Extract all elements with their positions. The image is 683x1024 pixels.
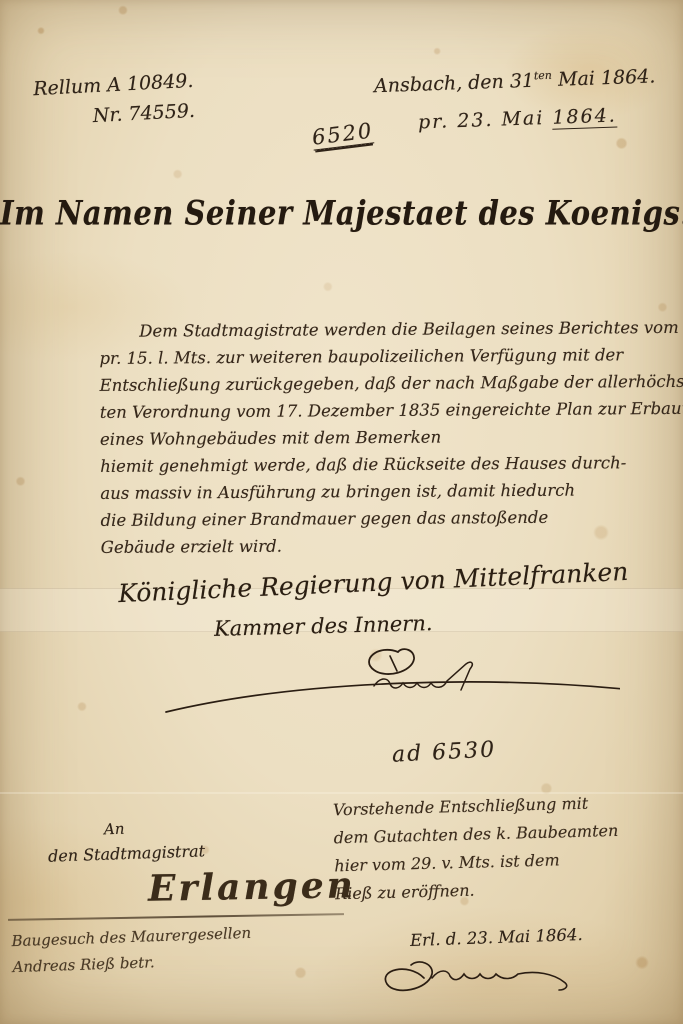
body-line: eines Wohngebäudes mit dem Bemerken bbox=[100, 422, 648, 453]
body-line: Entschließung zurückgegeben, daß der nac… bbox=[100, 368, 648, 399]
dateline-day-suffix: ten bbox=[534, 69, 552, 83]
body-line: pr. 15. l. Mts. zur weiteren baupolizeil… bbox=[99, 341, 647, 372]
registry-line-2: Nr. 74559. bbox=[92, 96, 196, 131]
dateline-place: Ansbach, den bbox=[374, 71, 505, 98]
dateline-month-year: Mai 1864. bbox=[558, 65, 656, 90]
body-line: hiemit genehmigt werde, daß die Rückseit… bbox=[100, 449, 648, 480]
address-city: Erlangen bbox=[148, 864, 357, 910]
received-date: pr. 23. Mai 1864. bbox=[418, 105, 617, 134]
body-line: Dem Stadtmagistrate werden die Beilagen … bbox=[99, 314, 647, 345]
official-signature-flourish bbox=[150, 642, 620, 726]
issuing-chamber: Kammer des Innern. bbox=[214, 611, 433, 641]
subject-note: Baugesuch des Maurergesellen Andreas Rie… bbox=[11, 920, 252, 980]
clerk-signature-flourish bbox=[366, 946, 606, 1008]
address-recipient: den Stadtmagistrat bbox=[48, 841, 206, 865]
body-line: die Bildung einer Brandmauer gegen das a… bbox=[100, 503, 648, 534]
document-page: Rellum A 10849. Nr. 74559. Ansbach, den … bbox=[0, 0, 683, 1024]
body-line: ten Verordnung vom 17. Dezember 1835 ein… bbox=[100, 395, 648, 426]
issuing-authority: Königliche Regierung von Mittelfranken bbox=[118, 557, 629, 608]
received-year: 1864. bbox=[552, 105, 617, 130]
docket-number: 6520 bbox=[311, 118, 375, 150]
body-paragraph: Dem Stadtmagistrate werden die Beilagen … bbox=[99, 314, 649, 561]
body-line: Gebäude erzielt wird. bbox=[101, 530, 649, 561]
address-salutation: An bbox=[104, 820, 125, 839]
dateline-day: 31 bbox=[509, 70, 534, 93]
reference-number: ad 6530 bbox=[391, 737, 496, 767]
body-line: aus massiv in Ausführung zu bringen ist,… bbox=[100, 476, 648, 507]
registrar-note: Vorstehende Entschließung mit dem Gutach… bbox=[333, 788, 666, 909]
dateline: Ansbach, den 31ten Mai 1864. bbox=[374, 65, 656, 97]
registry-numbers: Rellum A 10849. Nr. 74559. bbox=[33, 66, 196, 134]
received-prefix: pr. 23. Mai bbox=[418, 107, 545, 133]
address-underline-rule bbox=[8, 913, 344, 921]
document-heading: Im Namen Seiner Majestaet des Koenigs. bbox=[0, 193, 683, 232]
